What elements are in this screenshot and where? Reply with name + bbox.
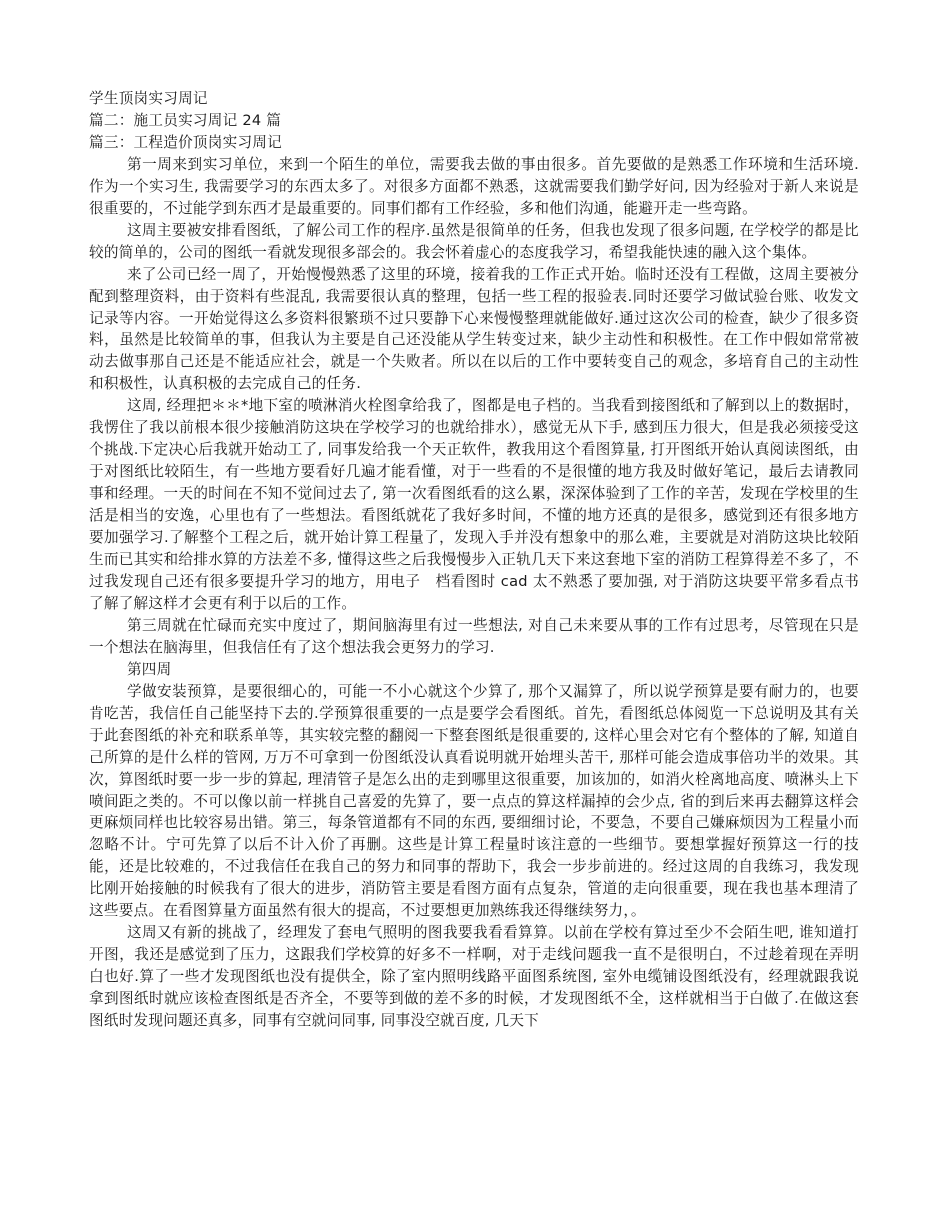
paragraph-electrical: 这周又有新的挑战了，经理发了套电气照明的图我要我看看算算。以前在学校有算过至少不… (89, 922, 859, 1032)
document-page: 学生顶岗实习周记 篇二：施工员实习周记 24 篇 篇三：工程造价顶岗实习周记 第… (89, 88, 859, 1032)
paragraph-drawings: 这周主要被安排看图纸，了解公司工作的程序.虽然是很简单的任务，但我也发现了很多问… (89, 220, 859, 264)
paragraph-fire-protection: 这周, 经理把＊＊*地下室的喷淋消火栓图拿给我了，图都是电子档的。当我看到接图纸… (89, 395, 859, 615)
paragraph-week-3: 第三周就在忙碌而充实中度过了，期间脑海里有过一些想法, 对自己未来要从事的工作有… (89, 615, 859, 659)
document-subtitle-2: 篇三：工程造价顶岗实习周记 (89, 132, 859, 154)
paragraph-week-1: 第一周来到实习单位，来到一个陌生的单位，需要我去做的事由很多。首先要做的是熟悉工… (89, 154, 859, 220)
section-heading-week-4: 第四周 (89, 659, 859, 681)
paragraph-week-2: 来了公司已经一周了，开始慢慢熟悉了这里的环境，接着我的工作正式开始。临时还没有工… (89, 264, 859, 396)
paragraph-budget: 学做安装预算，是要很细心的，可能一不小心就这个少算了, 那个又漏算了，所以说学预… (89, 681, 859, 922)
document-subtitle-1: 篇二：施工员实习周记 24 篇 (89, 110, 859, 132)
document-title: 学生顶岗实习周记 (89, 88, 859, 110)
